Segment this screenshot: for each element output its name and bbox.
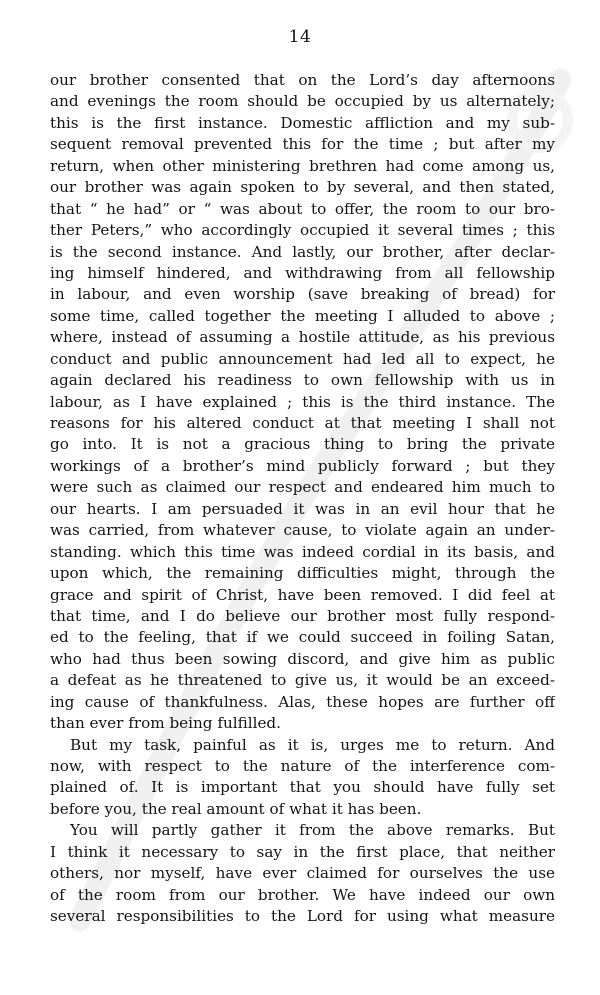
text-line: our brother was again spoken to by sever… [50,177,555,198]
text-line: several responsibilities to the Lord for… [50,906,555,927]
document-page: 14 our brother consented that on the Lor… [0,0,600,995]
text-line: a defeat as he threatened to give us, it… [50,670,555,691]
text-line: who had thus been sowing discord, and gi… [50,649,555,670]
text-line: But my task, painful as it is, urges me … [50,735,555,756]
text-line: I think it necessary to say in the first… [50,842,555,863]
body-text: our brother consented that on the Lord’s… [50,70,555,928]
text-line: others, nor myself, have ever claimed fo… [50,863,555,884]
text-line: workings of a brother’s mind publicly fo… [50,456,555,477]
text-line: upon which, the remaining difficulties m… [50,563,555,584]
text-line: were such as claimed our respect and end… [50,477,555,498]
text-line: where, instead of assuming a hostile att… [50,327,555,348]
text-line: and evenings the room should be occupied… [50,91,555,112]
text-line: conduct and public announcement had led … [50,349,555,370]
text-line: ed to the feeling, that if we could succ… [50,627,555,648]
text-line: before you, the real amount of what it h… [50,799,555,820]
text-line: ing himself hindered, and withdrawing fr… [50,263,555,284]
text-line: some time, called together the meeting I… [50,306,555,327]
text-line: labour, as I have explained ; this is th… [50,392,555,413]
text-line: this is the first instance. Domestic aff… [50,113,555,134]
text-line: that time, and I do believe our brother … [50,606,555,627]
text-line: than ever from being fulfilled. [50,713,555,734]
text-line: is the second instance. And lastly, our … [50,242,555,263]
text-line: ing cause of thankfulness. Alas, these h… [50,692,555,713]
text-line: sequent removal prevented this for the t… [50,134,555,155]
text-line: standing. which this time was indeed cor… [50,542,555,563]
text-line: reasons for his altered conduct at that … [50,413,555,434]
text-line: again declared his readiness to own fell… [50,370,555,391]
text-line: was carried, from whatever cause, to vio… [50,520,555,541]
text-line: of the room from our brother. We have in… [50,885,555,906]
text-line: plained of. It is important that you sho… [50,777,555,798]
text-line: go into. It is not a gracious thing to b… [50,434,555,455]
text-line: in labour, and even worship (save breaki… [50,284,555,305]
page-number: 14 [0,27,600,47]
text-line: now, with respect to the nature of the i… [50,756,555,777]
text-line: our hearts. I am persuaded it was in an … [50,499,555,520]
text-line: You will partly gather it from the above… [50,820,555,841]
text-line: that “ he had” or “ was about to offer, … [50,199,555,220]
text-line: grace and spirit of Christ, have been re… [50,585,555,606]
text-line: our brother consented that on the Lord’s… [50,70,555,91]
text-line: return, when other ministering brethren … [50,156,555,177]
text-line: ther Peters,” who accordingly occupied i… [50,220,555,241]
